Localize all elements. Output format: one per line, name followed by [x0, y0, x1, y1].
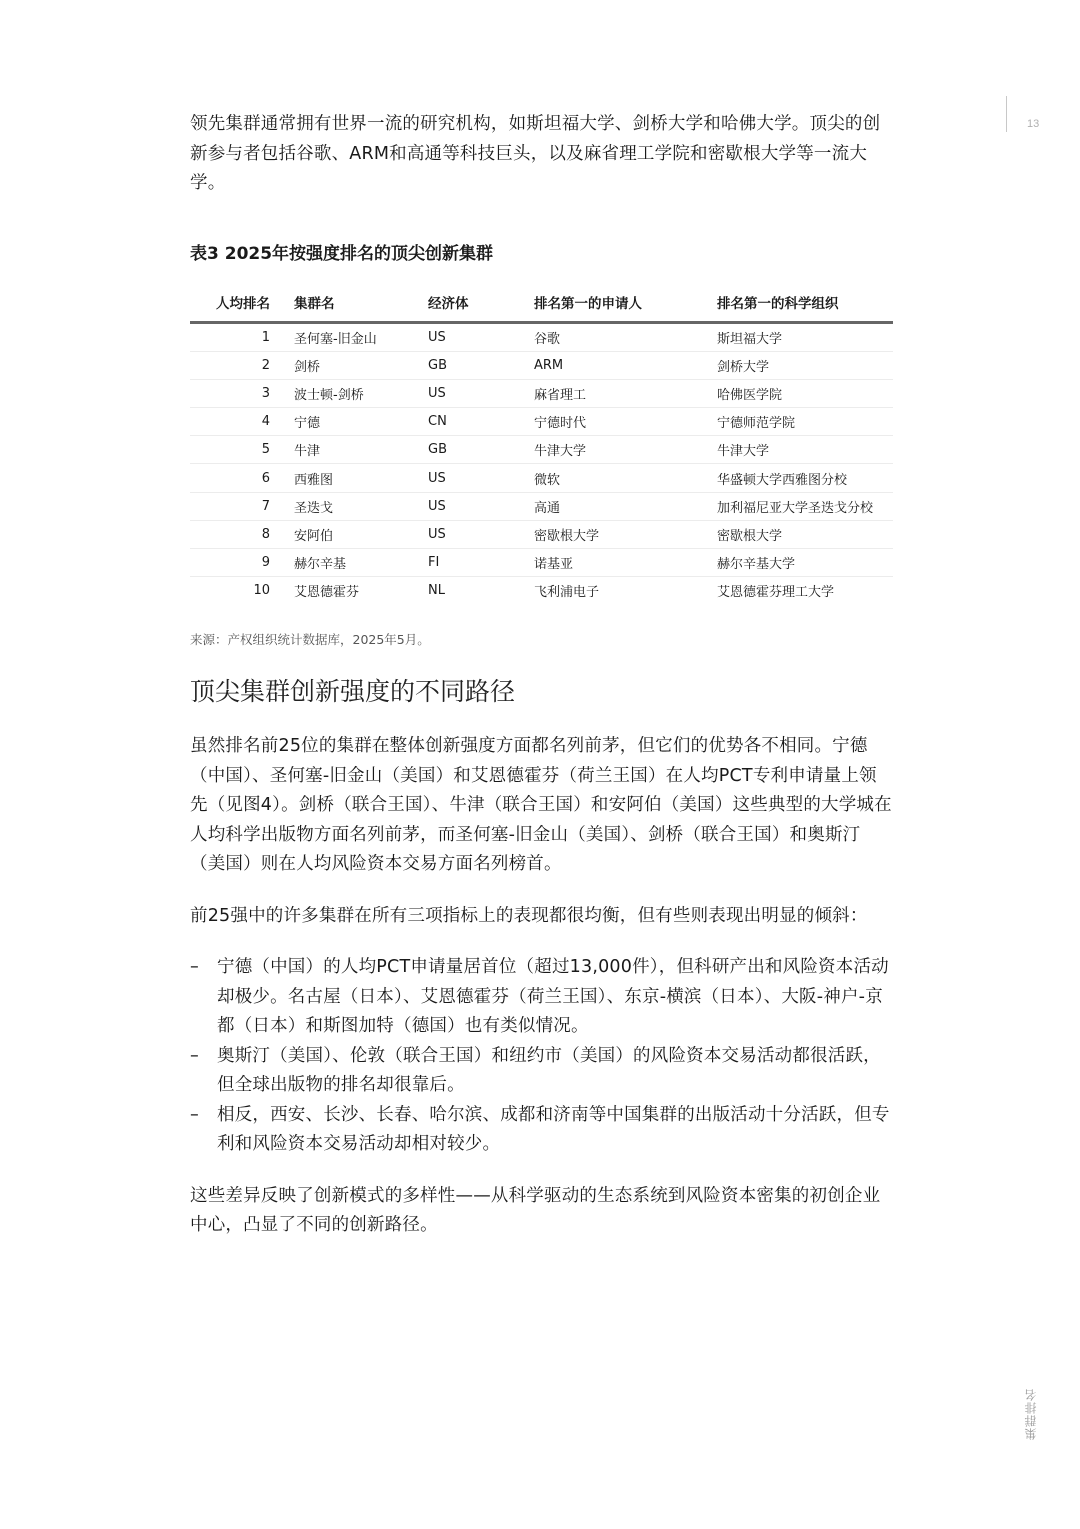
- section-side-label: 集群排名: [1022, 1388, 1039, 1440]
- table-row: 6 西雅图 US 微软 华盛顿大学西雅图分校: [190, 464, 893, 492]
- cell-economy: GB: [428, 436, 534, 464]
- cell-science-org: 牛津大学: [717, 436, 893, 464]
- table-row: 4 宁德 CN 宁德时代 宁德师范学院: [190, 408, 893, 436]
- table-row: 1 圣何塞-旧金山 US 谷歌 斯坦福大学: [190, 322, 893, 351]
- bullet-item: – 奥斯汀（美国）、伦敦（联合王国）和纽约市（美国）的风险资本交易活动都很活跃，…: [190, 1042, 894, 1101]
- cell-cluster: 波士顿-剑桥: [294, 379, 428, 407]
- table-row: 3 波士顿-剑桥 US 麻省理工 哈佛医学院: [190, 379, 893, 407]
- bullet-list: – 宁德（中国）的人均PCT申请量居首位（超过13,000件），但科研产出和风险…: [190, 953, 894, 1160]
- cell-science-org: 艾恩德霍芬理工大学: [717, 577, 893, 605]
- cell-rank: 1: [190, 322, 294, 351]
- cell-cluster: 圣迭戈: [294, 492, 428, 520]
- dash-bullet-icon: –: [190, 953, 199, 983]
- cell-economy: CN: [428, 408, 534, 436]
- cell-science-org: 密歇根大学: [717, 520, 893, 548]
- cell-applicant: 诺基亚: [534, 549, 717, 577]
- header-cluster: 集群名: [294, 292, 428, 323]
- cell-cluster: 剑桥: [294, 351, 428, 379]
- cell-applicant: 谷歌: [534, 322, 717, 351]
- header-applicant: 排名第一的申请人: [534, 292, 717, 323]
- clusters-table: 人均排名 集群名 经济体 排名第一的申请人 排名第一的科学组织 1 圣何塞-旧金…: [190, 292, 893, 605]
- intro-paragraph: 领先集群通常拥有世界一流的研究机构，如斯坦福大学、剑桥大学和哈佛大学。顶尖的创新…: [190, 110, 894, 199]
- cell-applicant: 牛津大学: [534, 436, 717, 464]
- cell-economy: US: [428, 322, 534, 351]
- cell-applicant: 密歇根大学: [534, 520, 717, 548]
- cell-rank: 8: [190, 520, 294, 548]
- cell-applicant: ARM: [534, 351, 717, 379]
- cell-economy: GB: [428, 351, 534, 379]
- cell-cluster: 赫尔辛基: [294, 549, 428, 577]
- cell-rank: 2: [190, 351, 294, 379]
- cell-economy: NL: [428, 577, 534, 605]
- cell-cluster: 宁德: [294, 408, 428, 436]
- header-economy: 经济体: [428, 292, 534, 323]
- cell-cluster: 艾恩德霍芬: [294, 577, 428, 605]
- page-number: 13: [1027, 118, 1039, 130]
- section-paragraph-3: 这些差异反映了创新模式的多样性——从科学驱动的生态系统到风险资本密集的初创企业中…: [190, 1182, 894, 1241]
- table-row: 2 剑桥 GB ARM 剑桥大学: [190, 351, 893, 379]
- cell-applicant: 飞利浦电子: [534, 577, 717, 605]
- page-marker-line: [1006, 96, 1007, 132]
- dash-bullet-icon: –: [190, 1042, 199, 1072]
- cell-science-org: 剑桥大学: [717, 351, 893, 379]
- table-source-note: 来源：产权组织统计数据库，2025年5月。: [190, 630, 894, 648]
- cell-applicant: 麻省理工: [534, 379, 717, 407]
- table-row: 7 圣迭戈 US 高通 加利福尼亚大学圣迭戈分校: [190, 492, 893, 520]
- cell-economy: FI: [428, 549, 534, 577]
- section-paragraph-1: 虽然排名前25位的集群在整体创新强度方面都名列前茅，但它们的优势各不相同。宁德（…: [190, 732, 894, 880]
- cell-science-org: 哈佛医学院: [717, 379, 893, 407]
- table-row: 5 牛津 GB 牛津大学 牛津大学: [190, 436, 893, 464]
- page-content: 领先集群通常拥有世界一流的研究机构，如斯坦福大学、剑桥大学和哈佛大学。顶尖的创新…: [190, 110, 894, 1241]
- cell-cluster: 西雅图: [294, 464, 428, 492]
- table-header-row: 人均排名 集群名 经济体 排名第一的申请人 排名第一的科学组织: [190, 292, 893, 323]
- cell-economy: US: [428, 520, 534, 548]
- cell-economy: US: [428, 492, 534, 520]
- dash-bullet-icon: –: [190, 1101, 199, 1131]
- table-row: 10 艾恩德霍芬 NL 飞利浦电子 艾恩德霍芬理工大学: [190, 577, 893, 605]
- cell-rank: 7: [190, 492, 294, 520]
- bullet-item: – 宁德（中国）的人均PCT申请量居首位（超过13,000件），但科研产出和风险…: [190, 953, 894, 1042]
- cell-economy: US: [428, 464, 534, 492]
- cell-applicant: 微软: [534, 464, 717, 492]
- header-rank: 人均排名: [190, 292, 294, 323]
- bullet-text: 奥斯汀（美国）、伦敦（联合王国）和纽约市（美国）的风险资本交易活动都很活跃，但全…: [217, 1046, 881, 1096]
- cell-science-org: 华盛顿大学西雅图分校: [717, 464, 893, 492]
- section-paragraph-2: 前25强中的许多集群在所有三项指标上的表现都很均衡，但有些则表现出明显的倾斜：: [190, 902, 894, 932]
- cell-cluster: 圣何塞-旧金山: [294, 322, 428, 351]
- cell-cluster: 牛津: [294, 436, 428, 464]
- cell-economy: US: [428, 379, 534, 407]
- cell-cluster: 安阿伯: [294, 520, 428, 548]
- cell-science-org: 赫尔辛基大学: [717, 549, 893, 577]
- section-heading: 顶尖集群创新强度的不同路径: [190, 672, 894, 708]
- cell-applicant: 高通: [534, 492, 717, 520]
- bullet-text: 宁德（中国）的人均PCT申请量居首位（超过13,000件），但科研产出和风险资本…: [217, 957, 889, 1036]
- cell-rank: 4: [190, 408, 294, 436]
- cell-science-org: 加利福尼亚大学圣迭戈分校: [717, 492, 893, 520]
- cell-science-org: 宁德师范学院: [717, 408, 893, 436]
- cell-science-org: 斯坦福大学: [717, 322, 893, 351]
- table-row: 8 安阿伯 US 密歇根大学 密歇根大学: [190, 520, 893, 548]
- cell-applicant: 宁德时代: [534, 408, 717, 436]
- cell-rank: 10: [190, 577, 294, 605]
- cell-rank: 6: [190, 464, 294, 492]
- bullet-text: 相反，西安、长沙、长春、哈尔滨、成都和济南等中国集群的出版活动十分活跃，但专利和…: [217, 1105, 890, 1155]
- header-science-org: 排名第一的科学组织: [717, 292, 893, 323]
- cell-rank: 9: [190, 549, 294, 577]
- table-title: 表3 2025年按强度排名的顶尖创新集群: [190, 239, 894, 264]
- bullet-item: – 相反，西安、长沙、长春、哈尔滨、成都和济南等中国集群的出版活动十分活跃，但专…: [190, 1101, 894, 1160]
- cell-rank: 5: [190, 436, 294, 464]
- table-row: 9 赫尔辛基 FI 诺基亚 赫尔辛基大学: [190, 549, 893, 577]
- cell-rank: 3: [190, 379, 294, 407]
